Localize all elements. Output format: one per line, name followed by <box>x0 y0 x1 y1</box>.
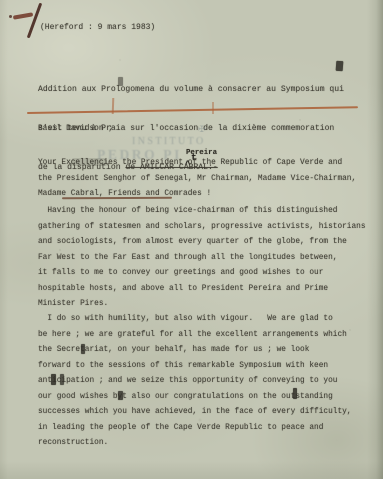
body-paragraph-2: I do so with humility, but also with vig… <box>38 312 352 452</box>
handwritten-dash-mark <box>13 12 33 19</box>
date-line: (Hereford : 9 mars 1983) <box>40 23 155 33</box>
scanned-typescript-page: (Hereford : 9 mars 1983) Addition aux Pr… <box>0 0 383 479</box>
addressee-line: Basil Davidson ; <box>38 124 113 134</box>
body-paragraph-1: Having the honour of being vice-chairman… <box>38 204 366 313</box>
handwritten-slash-mark <box>27 3 42 39</box>
ink-dot-mark <box>9 15 12 18</box>
heading-line-1: Addition aux Prologomena du volume à con… <box>38 80 344 99</box>
salutation-paragraph: Your Excellencies the President of the R… <box>38 156 356 203</box>
